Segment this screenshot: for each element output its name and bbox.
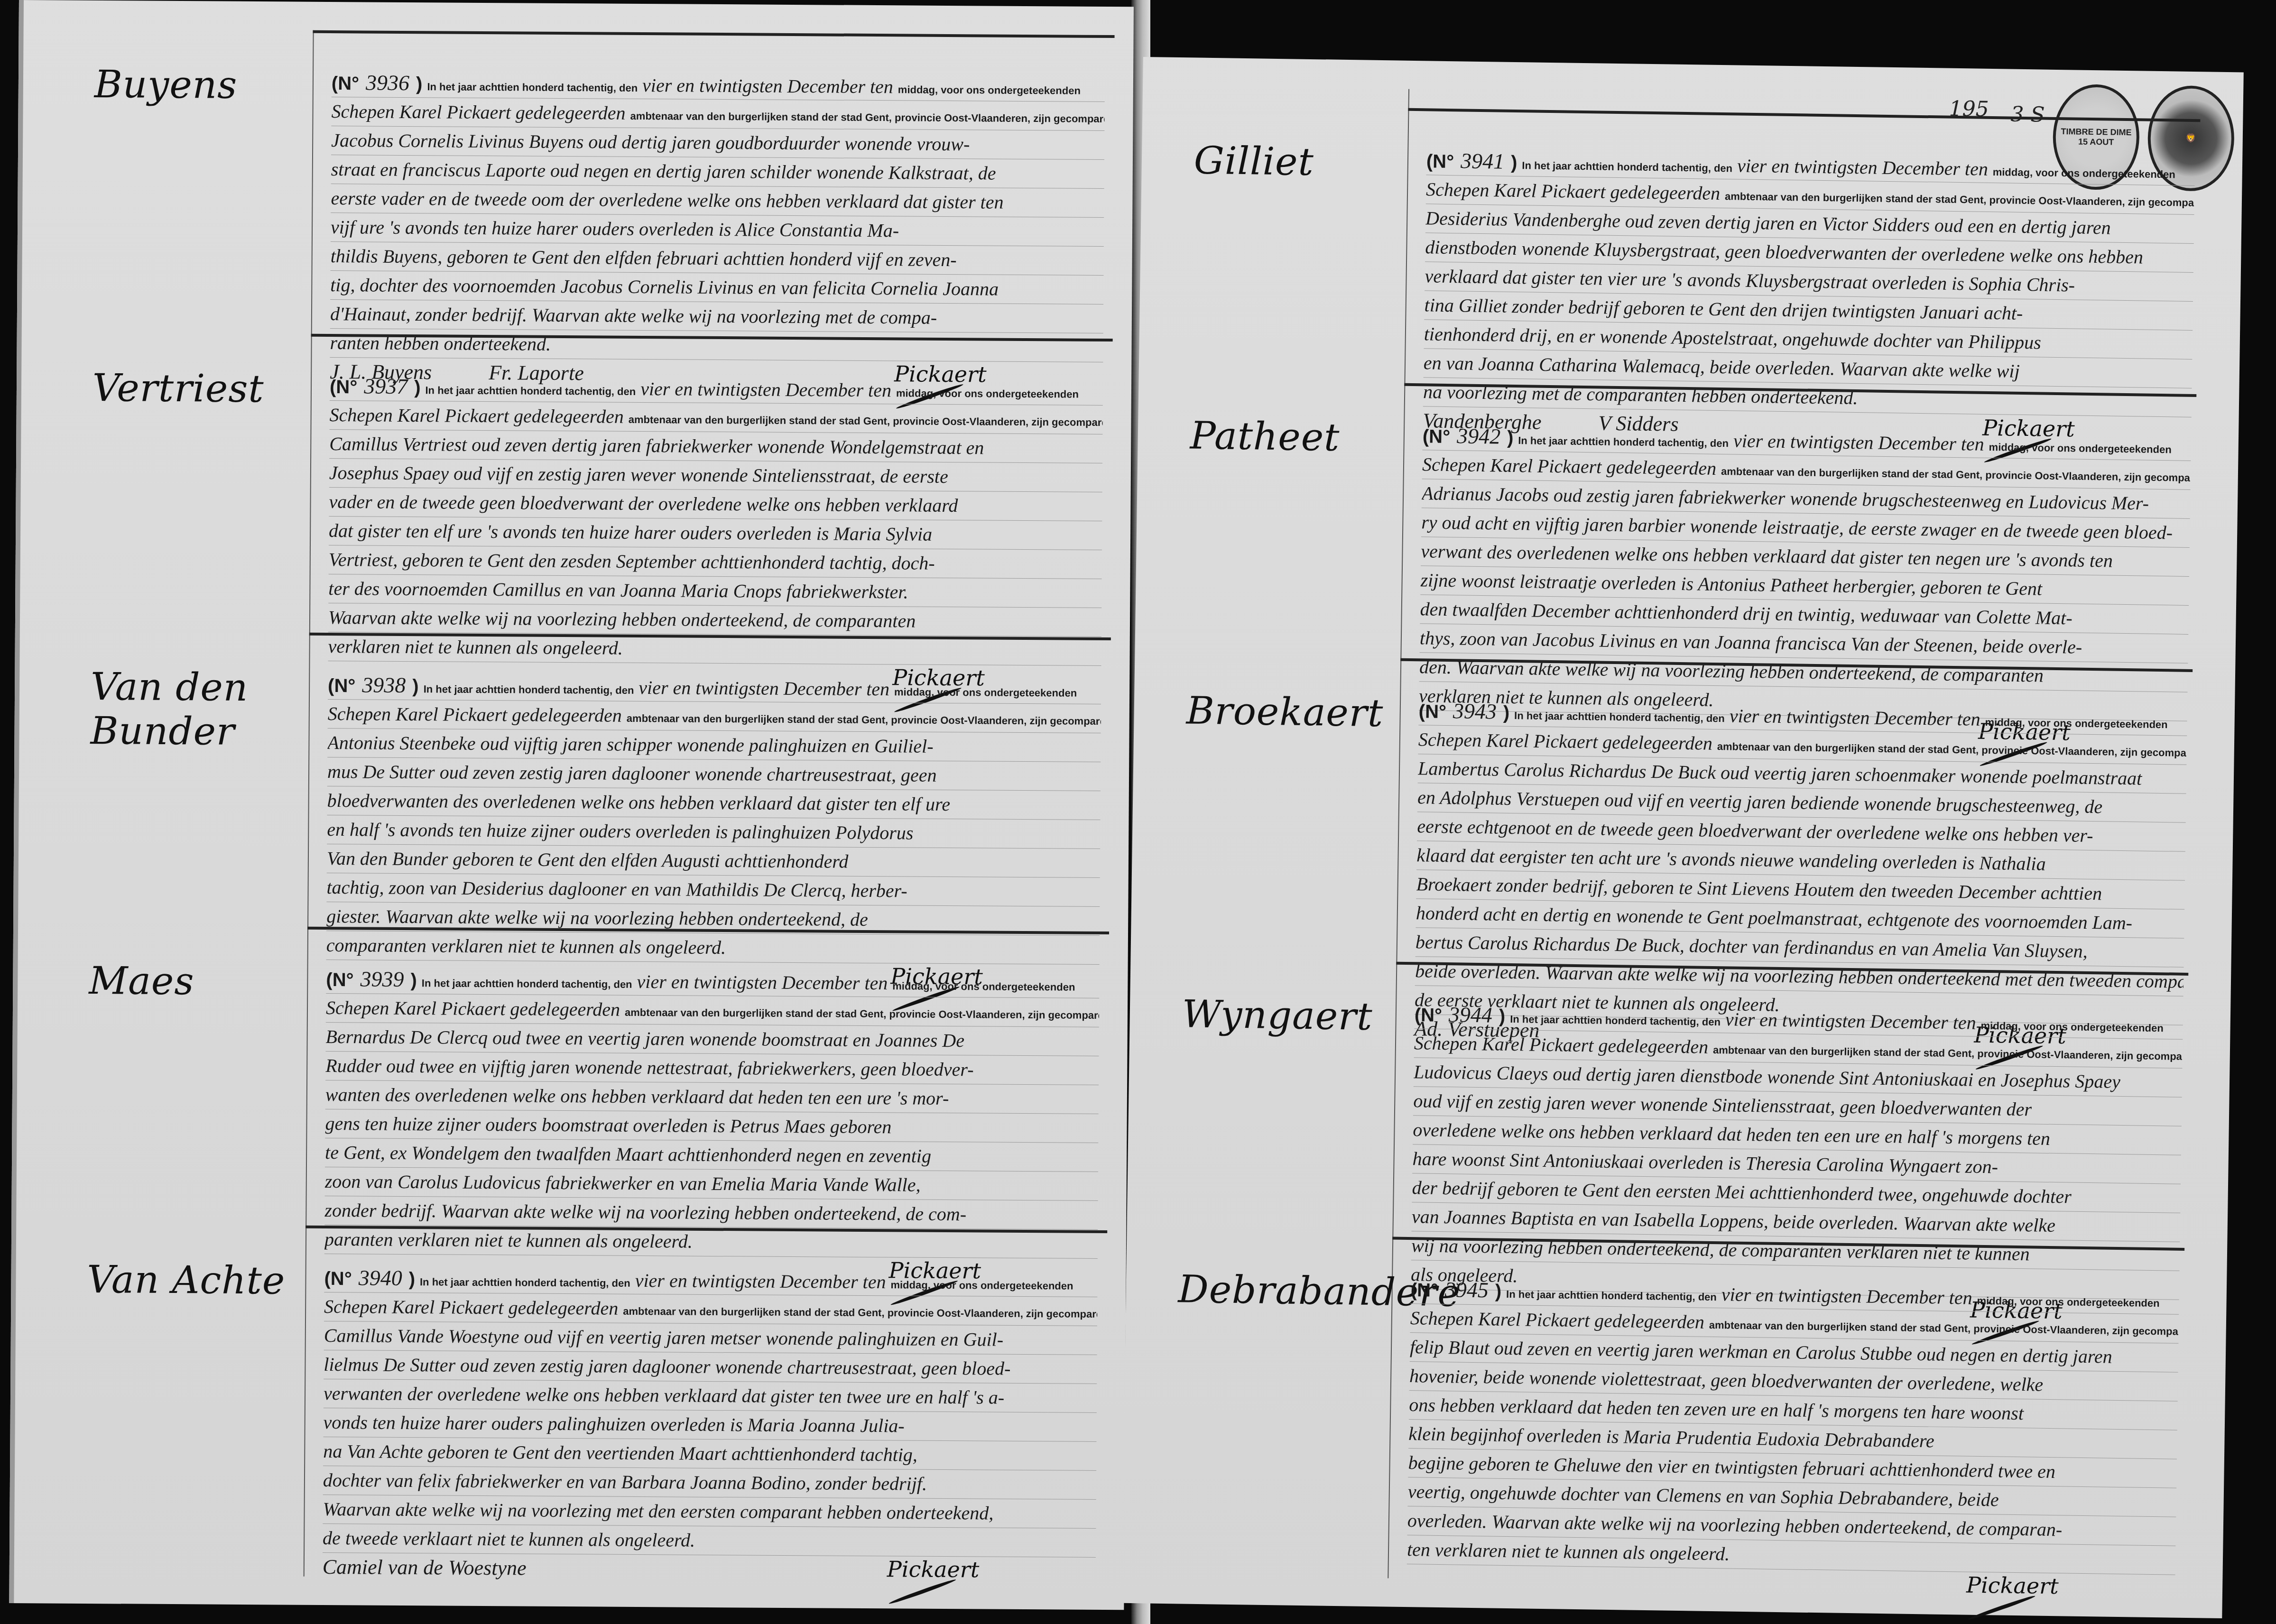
record-number: 3944: [1449, 1002, 1493, 1027]
record-number: 3941: [1461, 148, 1505, 173]
record-text-line: eerste vader en de tweede oom der overle…: [331, 184, 1104, 218]
printed-registrar: ambtenaar van den burgerlijken stand der…: [1721, 465, 2191, 484]
record-text-line: Jacobus Cornelis Livinus Buyens oud dert…: [331, 126, 1104, 160]
printed-registrar: ambtenaar van den burgerlijken stand der…: [1717, 740, 2187, 759]
officer-line: Schepen Karel Pickaert gedelegeerden amb…: [324, 1292, 1097, 1326]
record-number: 3943: [1453, 699, 1497, 723]
record-text-line: dat gister ten elf ure 's avonds ten hui…: [329, 517, 1102, 550]
margin-surname: Buyens: [94, 62, 304, 108]
record-text-line: Antonius Steenbeke oud vijftig jaren sch…: [327, 729, 1101, 762]
printed-registrar: ambtenaar van den burgerlijken stand der…: [1709, 1319, 2179, 1338]
officer-line: Schepen Karel Pickaert gedelegeerden amb…: [328, 700, 1101, 733]
record-text: Jacobus Cornelis Livinus Buyens oud dert…: [330, 126, 1104, 362]
record-text-line: te Gent, ex Wondelgem den twaalfden Maar…: [325, 1138, 1098, 1172]
record-number-close: ): [414, 377, 421, 398]
record-number: 3937: [364, 374, 407, 398]
margin-surname: Gilliet: [1194, 138, 1403, 185]
record-number: 3938: [362, 673, 406, 697]
record-number-close: ): [1499, 1006, 1506, 1027]
margin-surname: Van Achte: [87, 1257, 296, 1303]
record-text-line: lielmus De Sutter oud zeven zestig jaren…: [324, 1350, 1097, 1384]
record-number-close: ): [1495, 1281, 1502, 1302]
record-text-line: comparanten verklaren niet te kunnen als…: [326, 931, 1100, 965]
record-text-line: thildis Buyens, geboren te Gent den elfd…: [331, 242, 1104, 276]
lion-seal-icon: 🦁: [2185, 133, 2196, 143]
printed-midday: middag, voor ons ondergeteekenden: [894, 686, 1077, 699]
record-text-line: tig, dochter des voornoemden Jacobus Cor…: [330, 271, 1103, 304]
record-text-line: de tweede verklaart niet te kunnen als o…: [323, 1524, 1096, 1558]
printed-intro: In het jaar achttien honderd tachentig, …: [425, 384, 636, 397]
record-text-line: Waarvan akte welke wij na voorlezing met…: [323, 1495, 1096, 1529]
record-number: 3942: [1457, 424, 1501, 448]
handwritten-date: vier en twintigsten December ten: [1721, 1283, 1972, 1308]
record-number-close: ): [1503, 702, 1510, 723]
officer-signature: Pickaert: [887, 1556, 980, 1594]
margin-surname: Debrabandere: [1178, 1267, 1387, 1314]
printed-midday: middag, voor ons ondergeteekenden: [896, 387, 1079, 400]
printed-midday: middag, voor ons ondergeteekenden: [1989, 441, 2172, 455]
printed-registrar: ambtenaar van den burgerlijken stand der…: [625, 1006, 1099, 1021]
folio-mark: 3 S: [2010, 102, 2045, 127]
record-number: 3940: [359, 1265, 402, 1290]
handwritten-date: vier en twintigsten December ten: [1733, 430, 1984, 454]
printed-registrar: ambtenaar van den burgerlijken stand der…: [1725, 190, 2194, 209]
handwritten-date: vier en twintigsten December ten: [1730, 705, 1980, 729]
page-edge: [9, 0, 24, 1603]
handwritten-date: vier en twintigsten December ten: [638, 677, 889, 700]
record-body: (N°3936) In het jaar achttien honderd ta…: [330, 68, 1105, 391]
record-text-line: mus De Sutter oud zeven zestig jaren dag…: [327, 757, 1101, 791]
officer-name: Schepen Karel Pickaert gedelegeerden: [324, 1296, 618, 1319]
record-text-line: vijf ure 's avonds ten huize harer ouder…: [331, 213, 1104, 247]
record-text-line: vonds ten huize harer ouders palinghuize…: [324, 1408, 1097, 1442]
record-header-line: (N°3936) In het jaar achttien honderd ta…: [332, 68, 1105, 102]
record-body: (N°3941) In het jaar achttien honderd ta…: [1423, 146, 2195, 446]
record-number: 3936: [366, 70, 409, 95]
officer-line: Schepen Karel Pickaert gedelegeerden amb…: [326, 994, 1099, 1027]
signatures: Camiel van de Woestyne: [323, 1553, 1096, 1586]
record-number-close: ): [410, 970, 417, 991]
record-text: felip Blaut oud zeven en veertig jaren w…: [1407, 1333, 2179, 1575]
printed-intro: In het jaar achttien honderd tachentig, …: [1518, 434, 1729, 449]
record-text-line: bloedverwanten des overledenen welke ons…: [327, 786, 1101, 820]
record-number: 3945: [1445, 1277, 1489, 1302]
printed-intro: In het jaar achttien honderd tachentig, …: [1514, 710, 1725, 724]
record-header-line: (N°3938) In het jaar achttien honderd ta…: [328, 671, 1101, 704]
record-text-line: Camillus Vande Woestyne oud vijf en veer…: [324, 1321, 1097, 1355]
register-record: Buyens (N°3936) In het jaar achttien hon…: [19, 28, 1134, 35]
printed-registrar: ambtenaar van den burgerlijken stand der…: [629, 414, 1103, 428]
record-text-line: Waarvan akte welke wij na voorlezing heb…: [328, 603, 1101, 637]
record-text-line: vader en de tweede geen bloedverwant der…: [329, 488, 1102, 521]
record-text-line: Vertriest, geboren te Gent den zesden Se…: [329, 545, 1102, 579]
record-number-label: (N°: [1423, 426, 1451, 447]
record-text-line: wanten des overledenen welke ons hebben …: [325, 1080, 1099, 1114]
record-text-line: straat en franciscus Laporte oud negen e…: [331, 155, 1104, 189]
record-body: (N°3943) In het jaar achttien honderd ta…: [1414, 696, 2187, 1054]
officer-name: Schepen Karel Pickaert gedelegeerden: [1418, 729, 1713, 754]
record-number-close: ): [1511, 152, 1517, 173]
handwritten-date: vier en twintigsten December ten: [642, 74, 893, 97]
officer-name: Schepen Karel Pickaert gedelegeerden: [330, 404, 624, 427]
record-separator: [313, 30, 1115, 38]
record-number-label: (N°: [328, 675, 355, 696]
record-text-line: Bernardus De Clercq oud twee en veertig …: [325, 1023, 1099, 1056]
handwritten-date: vier en twintigsten December ten: [1725, 1008, 1976, 1033]
witness-signature: Camiel van de Woestyne: [323, 1555, 527, 1580]
record-number-close: ): [409, 1269, 416, 1290]
record-text-line: Camillus Vertriest oud zeven dertig jare…: [329, 430, 1102, 463]
record-text: Camillus Vertriest oud zeven dertig jare…: [328, 430, 1102, 666]
record-body: (N°3940) In het jaar achttien honderd ta…: [323, 1264, 1098, 1586]
officer-name: Schepen Karel Pickaert gedelegeerden: [1426, 178, 1721, 204]
record-body: (N°3938) In het jaar achttien honderd ta…: [326, 671, 1101, 993]
record-text-line: ter des voornoemden Camillus en van Joan…: [328, 574, 1101, 608]
right-page: 195 3 S TIMBRE DE DIME 15 AOUT 🦁 Gilliet…: [1121, 57, 2243, 1618]
printed-intro: In het jaar achttien honderd tachentig, …: [427, 81, 638, 94]
margin-surname: Van den Bunder: [90, 664, 299, 754]
officer-name: Schepen Karel Pickaert gedelegeerden: [326, 997, 620, 1020]
record-number-label: (N°: [330, 377, 357, 397]
officer-name: Schepen Karel Pickaert gedelegeerden: [1410, 1307, 1705, 1333]
record-text: Camillus Vande Woestyne oud vijf en veer…: [323, 1321, 1097, 1558]
printed-intro: In het jaar achttien honderd tachentig, …: [424, 683, 634, 696]
handwritten-date: vier en twintigsten December ten: [635, 1270, 886, 1292]
record-number-label: (N°: [332, 73, 359, 94]
record-header-line: (N°3940) In het jaar achttien honderd ta…: [324, 1264, 1097, 1297]
officer-name: Schepen Karel Pickaert gedelegeerden: [328, 703, 622, 726]
margin-rule: [304, 30, 314, 1577]
officer-name: Schepen Karel Pickaert gedelegeerden: [1422, 453, 1717, 479]
record-text-line: d'Hainaut, zonder bedrijf. Waarvan akte …: [330, 300, 1103, 333]
record-text-line: Rudder oud twee en vijftig jaren wonende…: [325, 1052, 1099, 1085]
printed-midday: middag, voor ons ondergeteekenden: [1993, 166, 2175, 180]
printed-intro: In het jaar achttien honderd tachentig, …: [420, 1276, 630, 1289]
margin-surname: Patheet: [1190, 413, 1399, 460]
printed-intro: In het jaar achttien honderd tachentig, …: [1510, 1013, 1721, 1028]
record-number-label: (N°: [1426, 151, 1454, 172]
record-number-label: (N°: [1415, 1005, 1443, 1026]
record-number-label: (N°: [1418, 701, 1446, 722]
printed-intro: In het jaar achttien honderd tachentig, …: [422, 977, 632, 990]
record-number-close: ): [412, 676, 419, 697]
printed-midday: middag, voor ons ondergeteekenden: [890, 1279, 1073, 1292]
record-text-line: dochter van felix fabriekwerker en van B…: [323, 1466, 1096, 1500]
margin-surname: Maes: [89, 959, 298, 1004]
officer-line: Schepen Karel Pickaert gedelegeerden amb…: [329, 401, 1102, 434]
tax-stamp-label: TIMBRE DE DIME 15 AOUT: [2056, 127, 2137, 148]
officer-name: Schepen Karel Pickaert gedelegeerden: [1414, 1032, 1709, 1058]
record-text: Ludovicus Claeys oud dertig jaren dienst…: [1411, 1058, 2183, 1300]
record-text: Adrianus Jacobs oud zestig jaren fabriek…: [1419, 479, 2191, 721]
record-text-line: en half 's avonds ten huize zijner ouder…: [327, 815, 1100, 849]
record-text-line: Josephus Spaey oud vijf en zestig jaren …: [329, 459, 1102, 492]
handwritten-date: vier en twintigsten December ten: [1737, 155, 1988, 180]
margin-surname: Broekaert: [1186, 688, 1395, 735]
record-header-line: (N°3939) In het jaar achttien honderd ta…: [326, 965, 1099, 998]
record-body: (N°3939) In het jaar achttien honderd ta…: [324, 965, 1099, 1287]
record-text-line: zoon van Carolus Ludovicus fabriekwerker…: [325, 1167, 1098, 1201]
record-text: Bernardus De Clercq oud twee en veertig …: [324, 1023, 1099, 1259]
margin-surname: Vertriest: [93, 366, 302, 411]
printed-registrar: ambtenaar van den burgerlijken stand der…: [1713, 1044, 2183, 1063]
record-number: 3939: [360, 967, 404, 991]
officer-name: Schepen Karel Pickaert gedelegeerden: [331, 101, 625, 124]
printed-midday: middag, voor ons ondergeteekenden: [1980, 1020, 2163, 1034]
officer-line: Schepen Karel Pickaert gedelegeerden amb…: [331, 97, 1104, 131]
handwritten-date: vier en twintigsten December ten: [640, 378, 891, 401]
record-body: (N°3937) In het jaar achttien honderd ta…: [328, 372, 1103, 694]
record-number-label: (N°: [1410, 1280, 1438, 1301]
record-number-close: ): [416, 74, 423, 94]
record-text-line: Van den Bunder geboren te Gent den elfde…: [327, 844, 1100, 878]
printed-intro: In het jaar achttien honderd tachentig, …: [1522, 159, 1732, 174]
left-page: Buyens (N°3936) In het jaar achttien hon…: [9, 0, 1134, 1610]
record-text: Lambertus Carolus Richardus De Buck oud …: [1415, 754, 2187, 1025]
record-header-line: (N°3937) In het jaar achttien honderd ta…: [330, 372, 1103, 406]
record-text-line: zonder bedrijf. Waarvan akte welke wij n…: [324, 1196, 1098, 1230]
handwritten-date: vier en twintigsten December ten: [637, 971, 888, 994]
printed-midday: middag, voor ons ondergeteekenden: [1985, 716, 2167, 730]
record-number-label: (N°: [326, 969, 353, 990]
printed-midday: middag, voor ons ondergeteekenden: [1977, 1295, 2159, 1309]
record-number-close: ): [1507, 427, 1514, 448]
record-text-line: verwanten der overledene welke ons hebbe…: [324, 1379, 1097, 1413]
record-text-line: ranten hebben onderteekend.: [330, 329, 1103, 362]
printed-registrar: ambtenaar van den burgerlijken stand der…: [630, 110, 1105, 125]
printed-midday: middag, voor ons ondergeteekenden: [892, 980, 1075, 993]
margin-rule: [1388, 89, 1409, 1578]
printed-intro: In het jaar achttien honderd tachentig, …: [1506, 1288, 1717, 1303]
record-text-line: tachtig, zoon van Desiderius daglooner e…: [326, 873, 1100, 907]
record-body: (N°3945) In het jaar achttien honderd ta…: [1406, 1275, 2179, 1604]
record-number-label: (N°: [324, 1268, 352, 1289]
printed-registrar: ambtenaar van den burgerlijken stand der…: [623, 1305, 1097, 1320]
margin-surname: Wyngaert: [1182, 992, 1391, 1039]
printed-registrar: ambtenaar van den burgerlijken stand der…: [627, 712, 1101, 727]
record-text-line: gens ten huize zijner ouders boomstraat …: [325, 1109, 1098, 1143]
printed-midday: middag, voor ons ondergeteekenden: [898, 83, 1081, 96]
officer-signature: Pickaert: [1966, 1572, 2058, 1611]
record-text-line: na Van Achte geboren te Gent den veertie…: [323, 1437, 1096, 1471]
